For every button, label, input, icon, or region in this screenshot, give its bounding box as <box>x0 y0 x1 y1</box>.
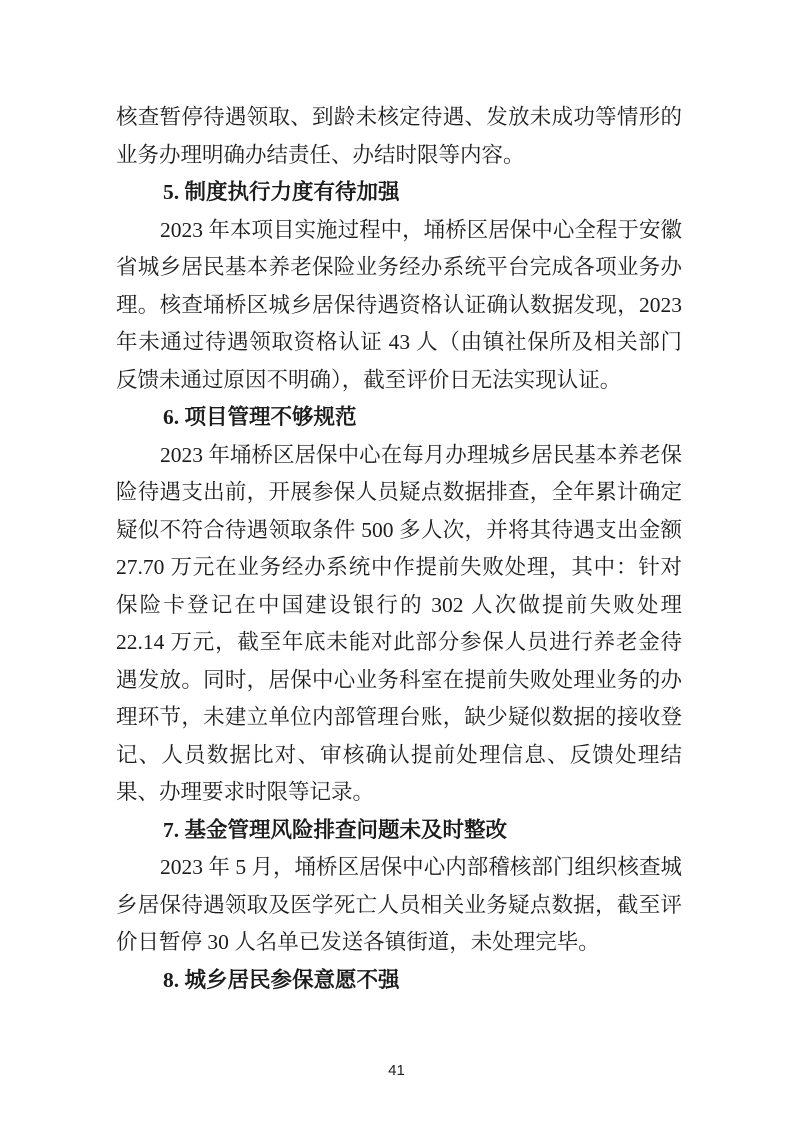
page-number: 41 <box>0 1062 793 1079</box>
paragraph-section-6: 2023 年埇桥区居保中心在每月办理城乡居民基本养老保险待遇支出前，开展参保人员… <box>116 437 682 812</box>
paragraph-section-7: 2023 年 5 月，埇桥区居保中心内部稽核部门组织核查城乡居保待遇领取及医学死… <box>116 849 682 962</box>
section-heading-7: 7. 基金管理风险排查问题未及时整改 <box>116 812 682 850</box>
section-heading-5: 5. 制度执行力度有待加强 <box>116 174 682 212</box>
section-heading-6: 6. 项目管理不够规范 <box>116 399 682 437</box>
paragraph-section-5: 2023 年本项目实施过程中，埇桥区居保中心全程于安徽省城乡居民基本养老保险业务… <box>116 212 682 400</box>
page-body: 核查暂停待遇领取、到龄未核定待遇、发放未成功等情形的业务办理明确办结责任、办结时… <box>116 99 682 999</box>
document-page: 核查暂停待遇领取、到龄未核定待遇、发放未成功等情形的业务办理明确办结责任、办结时… <box>0 0 793 1122</box>
paragraph-continuation: 核查暂停待遇领取、到龄未核定待遇、发放未成功等情形的业务办理明确办结责任、办结时… <box>116 99 682 174</box>
section-heading-8: 8. 城乡居民参保意愿不强 <box>116 962 682 1000</box>
